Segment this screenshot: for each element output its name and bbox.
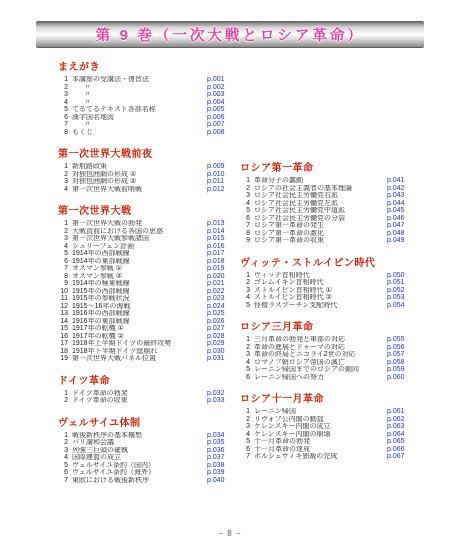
toc-item: 181918年下半期ドイツ総崩れp.030 — [58, 348, 240, 356]
item-page-number: p.044 — [387, 200, 420, 208]
item-title: 怪僧ラスプーチン支配時代 — [254, 302, 387, 310]
volume-title: 第 9 巻（一次大戦とロシア革命） — [95, 24, 364, 45]
item-number: 4 — [58, 99, 68, 107]
item-title: 対独包囲網の形成 ① — [72, 171, 207, 179]
item-title: ドイツ革命の収束 — [72, 397, 207, 405]
toc-section: ドイツ革命1ドイツ革命の勃発p.0322ドイツ革命の収束p.033 — [58, 372, 240, 405]
item-title: レーニン帰国 — [254, 408, 387, 416]
toc-item: 9ロシア第一革命の収束p.049 — [240, 237, 420, 245]
item-title: 1918年上半期ドイツの最終攻勢 — [72, 340, 207, 348]
toc-item: 6ヴェルサイユ条約（海外）p.039 — [58, 469, 240, 477]
item-title: 〃 — [72, 84, 207, 92]
item-number: 4 — [240, 200, 250, 208]
item-number: 7 — [58, 477, 68, 485]
item-title: 革命の終局とニコライ2世の対応 — [254, 351, 387, 359]
item-title: 革命分子の蠢動 — [254, 177, 387, 185]
item-number: 4 — [240, 431, 250, 439]
toc-item: 151917年の転機 ①p.027 — [58, 325, 240, 333]
toc-item: 5レーニン帰国までのロシアの動向p.059 — [240, 366, 420, 374]
toc-item: 1革命分子の蠢動p.041 — [240, 177, 420, 185]
item-page-number: p.050 — [387, 272, 420, 280]
page-number: − 8 − — [0, 529, 460, 538]
toc-columns: まえがき1本講座の受講法・復習法p.0012〃p.0023〃p.0034〃p.0… — [58, 58, 420, 485]
item-number: 5 — [240, 207, 250, 215]
toc-item: 141916年の東部戦線p.026 — [58, 318, 240, 326]
item-page-number: p.057 — [387, 351, 420, 359]
toc-item: 1レーニン帰国p.061 — [240, 408, 420, 416]
item-number: 1 — [240, 408, 250, 416]
toc-item: 4ケレンスキー内閣の崩壊p.064 — [240, 431, 420, 439]
item-page-number: p.037 — [207, 454, 240, 462]
item-number: 2 — [240, 416, 250, 424]
item-title: ヴェルサイユ条約（国内） — [72, 462, 207, 470]
toc-item: 1戦後新秩序の基本構想p.034 — [58, 432, 240, 440]
item-number: 6 — [240, 374, 250, 382]
item-page-number: p.060 — [387, 374, 420, 382]
item-number: 7 — [240, 453, 250, 461]
item-number: 3 — [58, 235, 68, 243]
toc-item: 7東欧における戦後新秩序p.040 — [58, 477, 240, 485]
item-title: 国際連盟の成立 — [72, 454, 207, 462]
item-number: 3 — [240, 287, 250, 295]
item-number: 7 — [58, 121, 68, 129]
item-page-number: p.013 — [207, 220, 240, 228]
item-page-number: p.029 — [207, 340, 240, 348]
item-number: 6 — [58, 114, 68, 122]
toc-section: ロシア十一月革命1レーニン帰国p.0612リヴォフ公内閣の動揺p.0623ケレン… — [240, 390, 420, 461]
item-number: 15 — [58, 325, 68, 333]
item-title: ゴレムイキン首相時代 — [254, 279, 387, 287]
item-number: 1 — [58, 390, 68, 398]
item-title: レーニン帰国までのロシアの動向 — [254, 366, 387, 374]
item-title: 戦後新秩序の基本構想 — [72, 432, 207, 440]
toc-item: 1第一次世界大戦の勃発p.013 — [58, 220, 240, 228]
item-title: ケレンスキー内閣の成立 — [254, 423, 387, 431]
toc-item: 1新航路政策p.009 — [58, 163, 240, 171]
item-number: 9 — [58, 280, 68, 288]
toc-item: 4第一次世界大戦前哨戦p.012 — [58, 186, 240, 194]
toc-item: 101915年の西部戦線p.022 — [58, 288, 240, 296]
item-page-number: p.011 — [207, 178, 240, 186]
item-page-number: p.016 — [207, 243, 240, 251]
item-number: 3 — [58, 91, 68, 99]
item-title: 十一月革命の達成 — [254, 446, 387, 454]
item-title: 1916年の西部戦線 — [72, 310, 207, 318]
item-page-number: p.015 — [207, 235, 240, 243]
item-page-number: p.036 — [207, 447, 240, 455]
item-title: オスマン参戦 ① — [72, 265, 207, 273]
toc-item: 3対独包囲網の形成 ②p.011 — [58, 178, 240, 186]
item-title: 〃 — [72, 91, 207, 99]
item-number: 1 — [58, 163, 68, 171]
item-number: 2 — [58, 397, 68, 405]
item-page-number: p.034 — [207, 432, 240, 440]
item-number: 5 — [58, 462, 68, 470]
item-page-number: p.009 — [207, 163, 240, 171]
section-heading: 第一次世界大戦前夜 — [58, 145, 240, 160]
item-page-number: p.031 — [207, 355, 240, 363]
item-page-number: p.063 — [387, 423, 420, 431]
item-page-number: p.028 — [207, 333, 240, 341]
item-page-number: p.059 — [387, 366, 420, 374]
item-title: 〃 — [72, 121, 207, 129]
item-title: ストルイピン首相時代 ① — [254, 287, 387, 295]
item-number: 8 — [58, 273, 68, 281]
item-number: 4 — [240, 294, 250, 302]
toc-item: 171918年上半期ドイツの最終攻勢p.029 — [58, 340, 240, 348]
item-number: 1 — [240, 272, 250, 280]
item-number: 1 — [240, 177, 250, 185]
item-number: 1 — [58, 220, 68, 228]
toc-item: 1ヴィッテ首相時代p.050 — [240, 272, 420, 280]
item-number: 5 — [240, 302, 250, 310]
item-title: ロシア第一革命の発生 — [254, 222, 387, 230]
item-number: 4 — [58, 454, 68, 462]
toc-item: 91914年の極東戦線p.021 — [58, 280, 240, 288]
toc-item: 5十一月革命の勃発p.065 — [240, 438, 420, 446]
item-page-number: p.020 — [207, 273, 240, 281]
toc-item: 5ヴェルサイユ条約（国内）p.038 — [58, 462, 240, 470]
item-title: ロマノフ朝ロシア帝国の滅亡 — [254, 359, 387, 367]
item-number: 14 — [58, 318, 68, 326]
item-page-number: p.024 — [207, 303, 240, 311]
item-title: 革命の進展とドゥーマの対応 — [254, 344, 387, 352]
toc-item: 161917年の転機 ②p.028 — [58, 333, 240, 341]
item-page-number: p.038 — [207, 462, 240, 470]
item-number: 12 — [58, 303, 68, 311]
section-heading: ヴィッテ・ストルイピン時代 — [240, 254, 420, 269]
item-page-number: p.025 — [207, 310, 240, 318]
item-page-number: p.003 — [207, 91, 240, 99]
toc-item: 2ロシアの社会主義者の基本理論p.042 — [240, 185, 420, 193]
item-title: シュリーフェン計画 — [72, 243, 207, 251]
item-page-number: p.004 — [207, 99, 240, 107]
item-number: 3 — [58, 178, 68, 186]
item-page-number: p.045 — [387, 207, 420, 215]
toc-section: 第一次世界大戦1第一次世界大戦の勃発p.0132大戦直前における各国の思惑p.0… — [58, 202, 240, 363]
section-heading: まえがき — [58, 58, 240, 73]
toc-item: 2リヴォフ公内閣の動揺p.062 — [240, 416, 420, 424]
toc-item: 6漢字国名地図p.006 — [58, 114, 240, 122]
item-title: 十一月革命の勃発 — [254, 438, 387, 446]
item-number: 5 — [58, 106, 68, 114]
item-page-number: p.001 — [207, 76, 240, 84]
item-title: 本講座の受講法・復習法 — [72, 76, 207, 84]
toc-item: 5ロシア社会民主労働党中道派p.045 — [240, 207, 420, 215]
toc-item: 7オスマン参戦 ①p.019 — [58, 265, 240, 273]
item-title: 1915年の参戦状況 — [72, 295, 207, 303]
item-page-number: p.055 — [387, 336, 420, 344]
item-title: ロシア社会民主労働党中道派 — [254, 207, 387, 215]
item-title: 〃 — [72, 99, 207, 107]
toc-item: 51914年の西部戦線p.017 — [58, 250, 240, 258]
toc-section: まえがき1本講座の受講法・復習法p.0012〃p.0023〃p.0034〃p.0… — [58, 58, 240, 136]
section-heading: ロシア三月革命 — [240, 318, 420, 333]
toc-item: 4ストルイピン首相時代 ②p.053 — [240, 294, 420, 302]
toc-item: 19第一次世界大戦パネル位置p.031 — [58, 355, 240, 363]
toc-item: 8もくじp.008 — [58, 129, 240, 137]
item-title: 1914年の極東戦線 — [72, 280, 207, 288]
volume-header-band: 第 9 巻（一次大戦とロシア革命） — [36, 21, 424, 48]
toc-item: 3ストルイピン首相時代 ①p.052 — [240, 287, 420, 295]
item-title: レーニン帰国への努力 — [254, 374, 387, 382]
toc-item: 7ロシア第一革命の発生p.047 — [240, 222, 420, 230]
item-page-number: p.002 — [207, 84, 240, 92]
toc-column-left: まえがき1本講座の受講法・復習法p.0012〃p.0023〃p.0034〃p.0… — [58, 58, 240, 485]
item-title: ケレンスキー内閣の崩壊 — [254, 431, 387, 439]
toc-item: 121915～16年の海戦p.024 — [58, 303, 240, 311]
item-number: 7 — [58, 265, 68, 273]
toc-section: ロシア第一革命1革命分子の蠢動p.0412ロシアの社会主義者の基本理論p.042… — [240, 159, 420, 245]
toc-item: 4ロシア社会民主労働党左派p.044 — [240, 200, 420, 208]
toc-item: 1本講座の受講法・復習法p.001 — [58, 76, 240, 84]
toc-section: 第一次世界大戦前夜1新航路政策p.0092対独包囲網の形成 ①p.0103対独包… — [58, 145, 240, 193]
item-page-number: p.041 — [387, 177, 420, 185]
item-page-number: p.022 — [207, 288, 240, 296]
item-number: 4 — [58, 186, 68, 194]
item-title: 第一次世界大戦の勃発 — [72, 220, 207, 228]
toc-item: 4シュリーフェン計画p.016 — [58, 243, 240, 251]
toc-item: 61914年の東部戦線p.018 — [58, 258, 240, 266]
item-title: ロシアの社会主義者の基本理論 — [254, 185, 387, 193]
item-number: 9 — [240, 237, 250, 245]
item-number: 3 — [240, 192, 250, 200]
item-title: 1916年の東部戦線 — [72, 318, 207, 326]
toc-item: 8ロシア第一革命の激化p.048 — [240, 230, 420, 238]
item-page-number: p.035 — [207, 439, 240, 447]
section-heading: ロシア十一月革命 — [240, 390, 420, 405]
item-page-number: p.023 — [207, 295, 240, 303]
item-number: 4 — [58, 243, 68, 251]
item-title: ロシア第一革命の収束 — [254, 237, 387, 245]
item-page-number: p.042 — [387, 185, 420, 193]
toc-item: 2パリ講和会議p.035 — [58, 439, 240, 447]
item-title: 1918年下半期ドイツ総崩れ — [72, 348, 207, 356]
item-page-number: p.066 — [387, 446, 420, 454]
item-title: 対独包囲網の形成 ② — [72, 178, 207, 186]
item-title: ストルイピン首相時代 ② — [254, 294, 387, 302]
item-page-number: p.048 — [387, 230, 420, 238]
item-number: 18 — [58, 348, 68, 356]
toc-item: 6レーニン帰国への努力p.060 — [240, 374, 420, 382]
item-title: 1914年の西部戦線 — [72, 250, 207, 258]
section-heading: ドイツ革命 — [58, 372, 240, 387]
item-number: 5 — [58, 250, 68, 258]
toc-item: 131916年の西部戦線p.025 — [58, 310, 240, 318]
toc-item: 2大戦直前における各国の思惑p.014 — [58, 228, 240, 236]
toc-column-right: ロシア第一革命1革命分子の蠢動p.0412ロシアの社会主義者の基本理論p.042… — [240, 58, 420, 485]
toc-item: 3〃p.003 — [58, 91, 240, 99]
item-title: 1914年の東部戦線 — [72, 258, 207, 266]
item-page-number: p.056 — [387, 344, 420, 352]
item-page-number: p.005 — [207, 106, 240, 114]
toc-item: 7〃p.007 — [58, 121, 240, 129]
item-page-number: p.043 — [387, 192, 420, 200]
item-title: 第一次世界大戦参戦諸国 — [72, 235, 207, 243]
item-title: パリ講和会議 — [72, 439, 207, 447]
item-title: ロシア社会民主労働党の分裂 — [254, 215, 387, 223]
item-title: 新航路政策 — [72, 163, 207, 171]
item-title: 三月革命の勃発と軍部の対応 — [254, 336, 387, 344]
item-page-number: p.008 — [207, 129, 240, 137]
item-number: 16 — [58, 333, 68, 341]
item-page-number: p.046 — [387, 215, 420, 223]
item-number: 6 — [240, 446, 250, 454]
toc-item: 1ドイツ革命の勃発p.032 — [58, 390, 240, 398]
item-number: 2 — [58, 84, 68, 92]
item-number: 8 — [240, 230, 250, 238]
item-title: ボルシェヴィキ独裁の完成 — [254, 453, 387, 461]
toc-item: 2ゴレムイキン首相時代p.051 — [240, 279, 420, 287]
item-number: 10 — [58, 288, 68, 296]
toc-item: 6ロシア社会民主労働党の分裂p.046 — [240, 215, 420, 223]
item-page-number: p.032 — [207, 390, 240, 398]
item-title: ロシア社会民主労働党左派 — [254, 200, 387, 208]
toc-item: 2革命の進展とドゥーマの対応p.056 — [240, 344, 420, 352]
item-title: 1917年の転機 ① — [72, 325, 207, 333]
toc-item: 3第一次世界大戦参戦諸国p.015 — [58, 235, 240, 243]
item-number: 19 — [58, 355, 68, 363]
item-page-number: p.058 — [387, 359, 420, 367]
item-page-number: p.039 — [207, 469, 240, 477]
item-title: てるてるテキスト各部名称 — [72, 106, 207, 114]
item-number: 6 — [240, 215, 250, 223]
toc-item: 4〃p.004 — [58, 99, 240, 107]
item-number: 2 — [240, 344, 250, 352]
item-number: 7 — [240, 222, 250, 230]
toc-item: 6十一月革命の達成p.066 — [240, 446, 420, 454]
toc-item: 4国際連盟の成立p.037 — [58, 454, 240, 462]
item-title: 1915～16年の海戦 — [72, 303, 207, 311]
item-title: ドイツ革命の勃発 — [72, 390, 207, 398]
item-page-number: p.014 — [207, 228, 240, 236]
item-page-number: p.019 — [207, 265, 240, 273]
item-number: 13 — [58, 310, 68, 318]
section-heading: ロシア第一革命 — [240, 159, 420, 174]
toc-item: 2〃p.002 — [58, 84, 240, 92]
item-page-number: p.040 — [207, 477, 240, 485]
toc-item: 3列強三巨頭の確執p.036 — [58, 447, 240, 455]
item-title: リヴォフ公内閣の動揺 — [254, 416, 387, 424]
item-number: 5 — [240, 438, 250, 446]
item-number: 1 — [58, 76, 68, 84]
item-number: 4 — [240, 359, 250, 367]
item-number: 2 — [58, 439, 68, 447]
item-page-number: p.049 — [387, 237, 420, 245]
item-title: 大戦直前における各国の思惑 — [72, 228, 207, 236]
item-page-number: p.007 — [207, 121, 240, 129]
item-title: ヴィッテ首相時代 — [254, 272, 387, 280]
item-title: オスマン参戦 ② — [72, 273, 207, 281]
item-title: もくじ — [72, 129, 207, 137]
toc-item: 2対独包囲網の形成 ①p.010 — [58, 171, 240, 179]
toc-item: 5怪僧ラスプーチン支配時代p.054 — [240, 302, 420, 310]
toc-item: 5てるてるテキスト各部名称p.005 — [58, 106, 240, 114]
item-number: 2 — [58, 171, 68, 179]
item-page-number: p.033 — [207, 397, 240, 405]
toc-item: 8オスマン参戦 ②p.020 — [58, 273, 240, 281]
item-page-number: p.026 — [207, 318, 240, 326]
item-number: 8 — [58, 129, 68, 137]
toc-item: 4ロマノフ朝ロシア帝国の滅亡p.058 — [240, 359, 420, 367]
item-page-number: p.065 — [387, 438, 420, 446]
item-number: 1 — [58, 432, 68, 440]
item-page-number: p.061 — [387, 408, 420, 416]
section-heading: ヴェルサイユ体制 — [58, 414, 240, 429]
item-title: 1917年の転機 ② — [72, 333, 207, 341]
item-title: ロシア第一革命の激化 — [254, 230, 387, 238]
item-number: 17 — [58, 340, 68, 348]
item-number: 1 — [240, 336, 250, 344]
item-title: 列強三巨頭の確執 — [72, 447, 207, 455]
toc-section: ヴェルサイユ体制1戦後新秩序の基本構想p.0342パリ講和会議p.0353列強三… — [58, 414, 240, 485]
item-number: 11 — [58, 295, 68, 303]
item-title: 東欧における戦後新秩序 — [72, 477, 207, 485]
item-title: ロシア社会民主労働党右派 — [254, 192, 387, 200]
item-page-number: p.052 — [387, 287, 420, 295]
toc-item: 7ボルシェヴィキ独裁の完成p.067 — [240, 453, 420, 461]
item-number: 6 — [58, 469, 68, 477]
item-page-number: p.030 — [207, 348, 240, 356]
item-number: 2 — [58, 228, 68, 236]
item-page-number: p.027 — [207, 325, 240, 333]
toc-item: 3ケレンスキー内閣の成立p.063 — [240, 423, 420, 431]
section-heading: 第一次世界大戦 — [58, 202, 240, 217]
item-page-number: p.047 — [387, 222, 420, 230]
item-page-number: p.010 — [207, 171, 240, 179]
item-page-number: p.067 — [387, 453, 420, 461]
item-page-number: p.053 — [387, 294, 420, 302]
item-number: 3 — [58, 447, 68, 455]
item-page-number: p.062 — [387, 416, 420, 424]
item-page-number: p.051 — [387, 279, 420, 287]
item-number: 3 — [240, 351, 250, 359]
item-page-number: p.064 — [387, 431, 420, 439]
toc-section: ヴィッテ・ストルイピン時代1ヴィッテ首相時代p.0502ゴレムイキン首相時代p.… — [240, 254, 420, 310]
item-title: 1915年の西部戦線 — [72, 288, 207, 296]
toc-item: 1三月革命の勃発と軍部の対応p.055 — [240, 336, 420, 344]
item-number: 2 — [240, 185, 250, 193]
item-number: 2 — [240, 279, 250, 287]
item-page-number: p.006 — [207, 114, 240, 122]
item-page-number: p.017 — [207, 250, 240, 258]
item-page-number: p.054 — [387, 302, 420, 310]
item-title: ヴェルサイユ条約（海外） — [72, 469, 207, 477]
item-number: 5 — [240, 366, 250, 374]
toc-item: 2ドイツ革命の収束p.033 — [58, 397, 240, 405]
toc-item: 111915年の参戦状況p.023 — [58, 295, 240, 303]
item-page-number: p.012 — [207, 186, 240, 194]
toc-item: 3ロシア社会民主労働党右派p.043 — [240, 192, 420, 200]
item-page-number: p.021 — [207, 280, 240, 288]
item-number: 6 — [58, 258, 68, 266]
item-number: 3 — [240, 423, 250, 431]
toc-item: 3革命の終局とニコライ2世の対応p.057 — [240, 351, 420, 359]
item-page-number: p.018 — [207, 258, 240, 266]
item-title: 漢字国名地図 — [72, 114, 207, 122]
toc-section: ロシア三月革命1三月革命の勃発と軍部の対応p.0552革命の進展とドゥーマの対応… — [240, 318, 420, 381]
item-title: 第一次世界大戦前哨戦 — [72, 186, 207, 194]
item-title: 第一次世界大戦パネル位置 — [72, 355, 207, 363]
